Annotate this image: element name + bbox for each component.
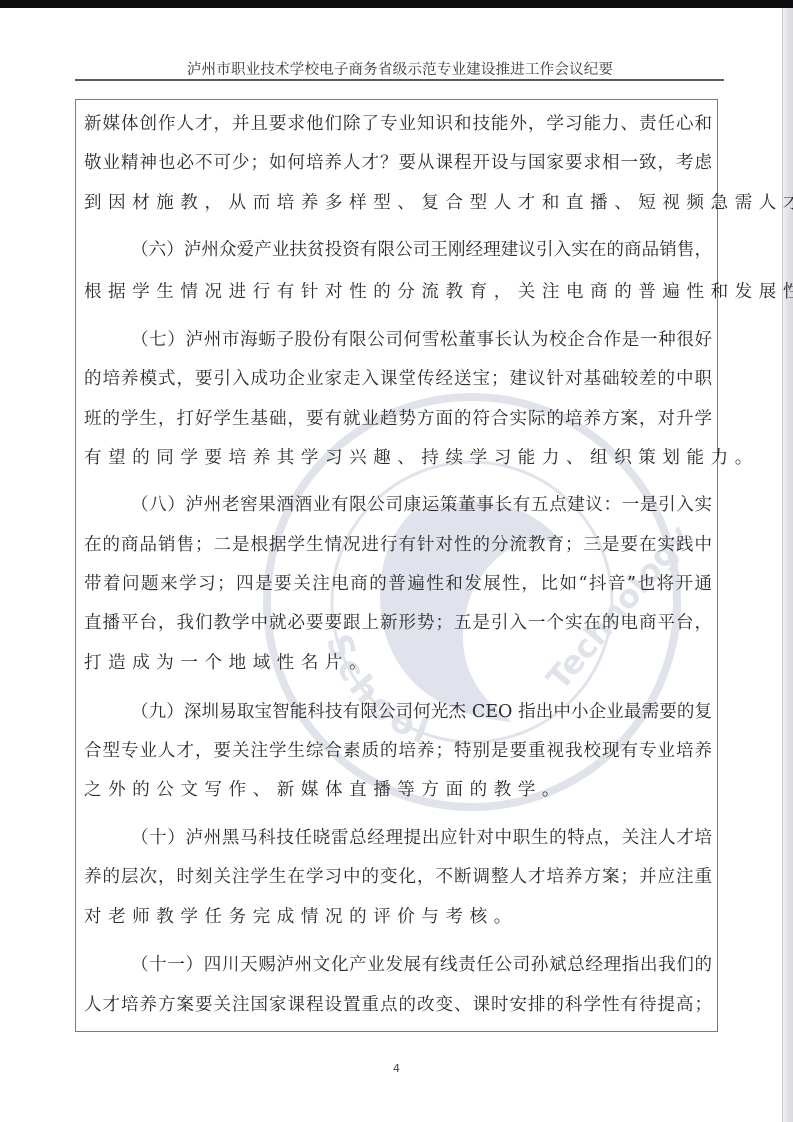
text-line: 在的商品销售；二是根据学生情况进行有针对性的分流教育；三是要在实践中 (84, 533, 712, 557)
text-line: 合型专业人才，要关注学生综合素质的培养；特别是要重视我校现有专业培养 (84, 739, 712, 763)
text-line: 班的学生，打好学生基础，要有就业趋势方面的符合实际的培养方案，对升学 (84, 407, 712, 431)
text-line: 根据学生情况进行有针对性的分流教育，关注电商的普遍性和发展性。 (84, 280, 712, 304)
text-line: 打造成为一个地域性名片。 (84, 651, 712, 675)
paragraph-item-6-line: （六）泸州众爱产业扶贫投资有限公司王刚经理建议引入实在的商品销售， (84, 238, 712, 262)
paragraph-item-9-line: （九）深圳易取宝智能科技有限公司何光杰 CEO 指出中小企业最需要的复 (84, 700, 712, 724)
scan-top-border (0, 0, 793, 8)
text-line: 新媒体创作人才，并且要求他们除了专业知识和技能外，学习能力、责任心和 (84, 112, 712, 136)
text-line: 有望的同学要培养其学习兴趣、持续学习能力、组织策划能力。 (84, 446, 712, 470)
document-header-title: 泸州市职业技术学校电子商务省级示范专业建设推进工作会议纪要 (75, 58, 725, 79)
text-line: 人才培养方案要关注国家课程设置重点的改变、课时安排的科学性有待提高； (84, 993, 712, 1017)
text-line: 养的层次，时刻关注学生在学习中的变化，不断调整人才培养方案；并应注重 (84, 865, 712, 889)
text-line: 的培养模式，要引入成功企业家走入课堂传经送宝；建议针对基础较差的中职 (84, 367, 712, 391)
text-line: 直播平台，我们教学中就必要要跟上新形势；五是引入一个实在的电商平台， (84, 611, 712, 635)
text-line: 到因材施教，从而培养多样型、复合型人才和直播、短视频急需人才。 (84, 191, 712, 215)
paragraph-item-7-line: （七）泸州市海蛎子股份有限公司何雪松董事长认为校企合作是一种很好 (84, 328, 712, 352)
text-line: 之外的公文写作、新媒体直播等方面的教学。 (84, 778, 712, 802)
text-line: 带着问题来学习；四是要关注电商的普遍性和发展性，比如“抖音”也将开通 (84, 572, 712, 596)
header-divider (75, 79, 724, 81)
paragraph-item-8-line: （八）泸州老窖果酒酒业有限公司康运策董事长有五点建议：一是引入实 (84, 493, 712, 517)
paragraph-item-11-line: （十一）四川天赐泸州文化产业发展有线责任公司孙斌总经理指出我们的 (84, 953, 712, 977)
page-number: 4 (0, 1062, 793, 1075)
text-line: 敬业精神也必不可少；如何培养人才？要从课程开设与国家要求相一致，考虑 (84, 151, 712, 175)
text-line: 对老师教学任务完成情况的评价与考核。 (84, 905, 712, 929)
paragraph-item-10-line: （十）泸州黑马科技任晓雷总经理提出应针对中职生的特点，关注人才培 (84, 826, 712, 850)
scan-right-edge (782, 8, 793, 1122)
